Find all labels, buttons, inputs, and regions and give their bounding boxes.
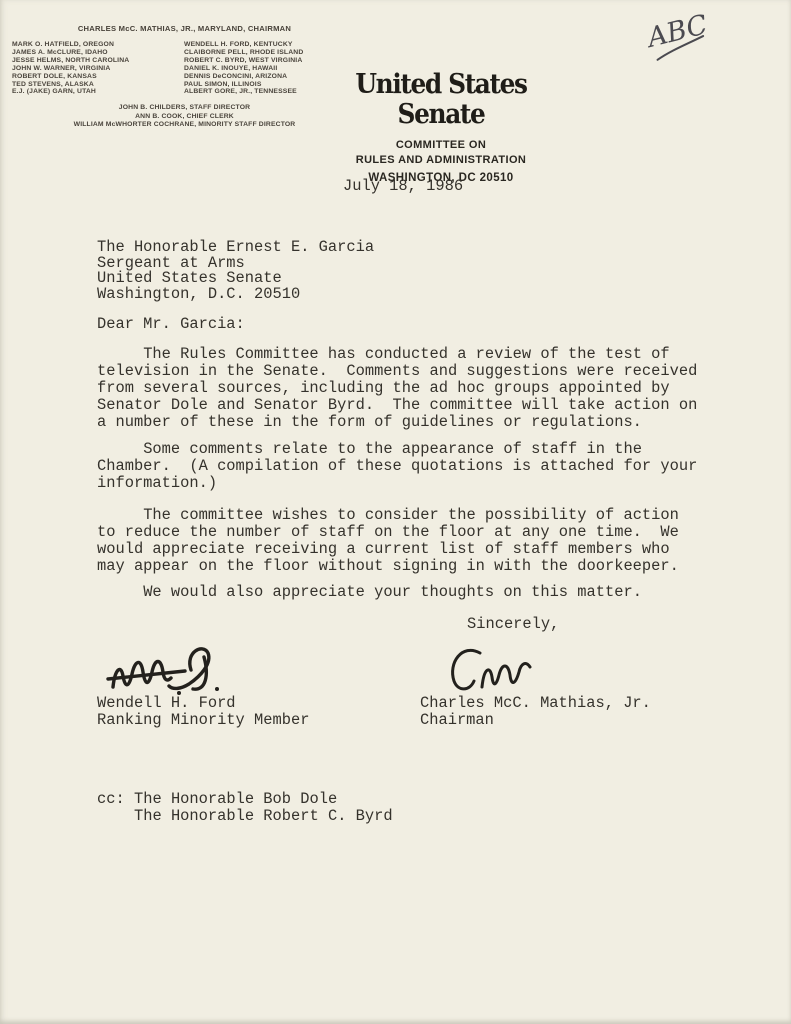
senator-name: TED STEVENS, ALASKA: [12, 81, 184, 89]
senator-name: JOHN W. WARNER, VIRGINIA: [12, 65, 184, 73]
paragraph-1: The Rules Committee has conducted a revi…: [97, 346, 767, 431]
letterhead-members: CHARLES McC. MATHIAS, JR., MARYLAND, CHA…: [12, 24, 357, 130]
letter-page: ABC CHARLES McC. MATHIAS, JR., MARYLAND,…: [0, 0, 791, 1024]
staff-line: JOHN B. CHILDERS, STAFF DIRECTOR: [12, 104, 357, 112]
mathias-signature-icon: [442, 641, 554, 701]
signature-block-mathias: Charles McC. Mathias, Jr. Chairman: [420, 641, 760, 729]
right-signer-title: Chairman: [420, 712, 760, 729]
paragraph-3: The committee wishes to consider the pos…: [97, 507, 767, 575]
senate-title: United States Senate: [319, 70, 564, 130]
signature-row: Wendell H. Ford Ranking Minority Member …: [97, 641, 767, 729]
abc-annotation-svg: ABC: [635, 0, 738, 74]
staff-line: ANN B. COOK, CHIEF CLERK: [12, 113, 357, 121]
senator-name: MARK O. HATFIELD, OREGON: [12, 41, 184, 49]
signature-block-ford: Wendell H. Ford Ranking Minority Member: [97, 641, 420, 729]
ford-signature-icon: [105, 641, 245, 701]
salutation: Dear Mr. Garcia:: [97, 316, 767, 333]
senator-name: CLAIBORNE PELL, RHODE ISLAND: [184, 49, 357, 57]
abc-annotation-text: ABC: [642, 9, 711, 55]
senator-name: JAMES A. McCLURE, IDAHO: [12, 49, 184, 57]
left-signer-title: Ranking Minority Member: [97, 712, 420, 729]
senators-left-column: MARK O. HATFIELD, OREGON JAMES A. McCLUR…: [12, 41, 184, 96]
paragraph-2: Some comments relate to the appearance o…: [97, 441, 767, 492]
paragraph-4: We would also appreciate your thoughts o…: [97, 584, 767, 601]
senator-name: ROBERT C. BYRD, WEST VIRGINIA: [184, 57, 357, 65]
closing-line: Sincerely,: [97, 616, 767, 633]
recipient-address: The Honorable Ernest E. Garcia Sergeant …: [97, 240, 767, 302]
date-line: July 18, 1986: [97, 178, 767, 195]
senator-name: WENDELL H. FORD, KENTUCKY: [184, 41, 357, 49]
senator-name: E.J. (JAKE) GARN, UTAH: [12, 88, 184, 96]
committee-line2: RULES AND ADMINISTRATION: [308, 154, 574, 166]
senator-columns: MARK O. HATFIELD, OREGON JAMES A. McCLUR…: [12, 41, 357, 96]
staff-directors-block: JOHN B. CHILDERS, STAFF DIRECTOR ANN B. …: [12, 104, 357, 129]
cc-label: cc:: [97, 791, 134, 825]
staff-line: WILLIAM McWHORTER COCHRANE, MINORITY STA…: [12, 121, 357, 129]
cc-recipients: The Honorable Bob Dole The Honorable Rob…: [134, 791, 393, 825]
letterhead-title-block: United States Senate COMMITTEE ON RULES …: [308, 70, 574, 184]
handwritten-abc-annotation: ABC: [635, 0, 740, 79]
letter-body: July 18, 1986 The Honorable Ernest E. Ga…: [97, 178, 767, 825]
right-signer-name: Charles McC. Mathias, Jr.: [420, 695, 760, 712]
left-signer-name: Wendell H. Ford: [97, 695, 420, 712]
senator-name: ROBERT DOLE, KANSAS: [12, 73, 184, 81]
cc-block: cc: The Honorable Bob Dole The Honorable…: [97, 791, 767, 825]
committee-line1: COMMITTEE ON: [308, 139, 574, 151]
senator-name: JESSE HELMS, NORTH CAROLINA: [12, 57, 184, 65]
chairman-line: CHARLES McC. MATHIAS, JR., MARYLAND, CHA…: [12, 24, 357, 33]
